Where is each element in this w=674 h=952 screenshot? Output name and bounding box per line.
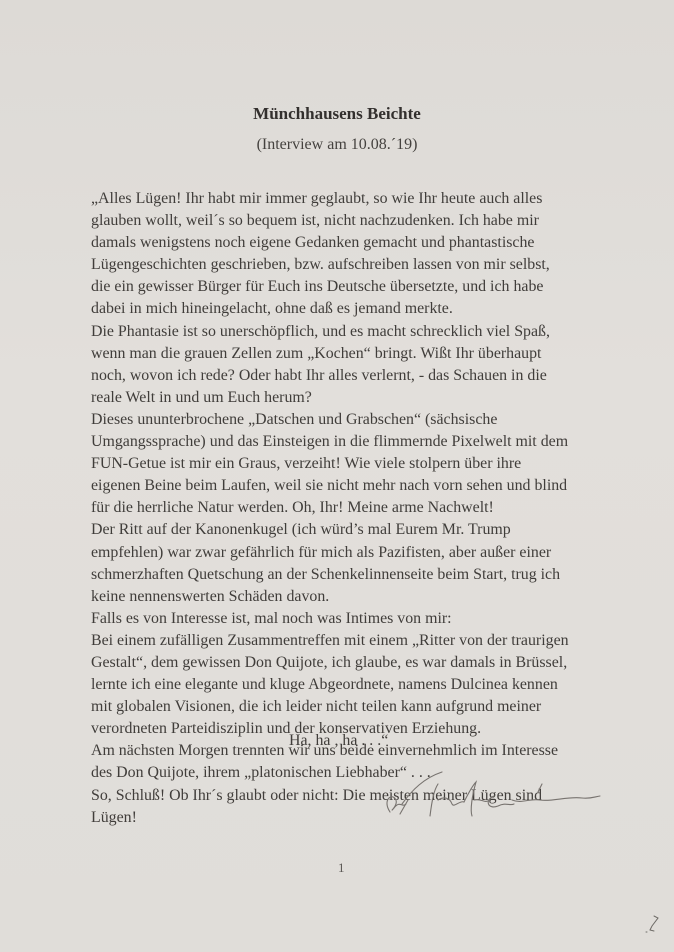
body-line: keine nennenswerten Schäden davon. (91, 586, 651, 608)
document-title: Münchhausens Beichte (0, 104, 674, 124)
body-line: mit globalen Visionen, die ich leider ni… (91, 696, 651, 718)
body-line: „Alles Lügen! Ihr habt mir immer geglaub… (91, 188, 651, 210)
body-line: eigenen Beine beim Laufen, weil sie nich… (91, 475, 651, 497)
body-line: schmerzhaften Quetschung an der Schenkel… (91, 564, 651, 586)
body-line: Bei einem zufälligen Zusammentreffen mit… (91, 630, 651, 652)
body-line: reale Welt in und um Euch herum? (91, 387, 651, 409)
body-line: noch, wovon ich rede? Oder habt Ihr alle… (91, 365, 651, 387)
body-line: dabei in mich hineingelacht, ohne daß es… (91, 298, 651, 320)
pencil-mark-icon (642, 912, 662, 936)
closing-line: Ha, ha , ha . . .“ (289, 732, 388, 750)
body-line: damals wenigstens noch eigene Gedanken g… (91, 232, 651, 254)
body-line: empfehlen) war zwar gefährlich für mich … (91, 542, 651, 564)
body-line: Die Phantasie ist so unerschöpflich, und… (91, 321, 651, 343)
body-line: Dieses ununterbrochene „Datschen und Gra… (91, 409, 651, 431)
page-number: 1 (338, 860, 345, 876)
body-line: Der Ritt auf der Kanonenkugel (ich würd’… (91, 519, 651, 541)
body-line: Gestalt“, dem gewissen Don Quijote, ich … (91, 652, 651, 674)
document-subtitle: (Interview am 10.08.´19) (0, 136, 674, 154)
body-line: lernte ich eine elegante und kluge Abgeo… (91, 674, 651, 696)
body-line: Lügengeschichten geschrieben, bzw. aufsc… (91, 254, 651, 276)
body-line: wenn man die grauen Zellen zum „Kochen“ … (91, 343, 651, 365)
body-line: FUN-Getue ist mir ein Graus, verzeiht! W… (91, 453, 651, 475)
body-line: glauben wollt, weil´s so bequem ist, nic… (91, 210, 651, 232)
body-line: für die herrliche Natur werden. Oh, Ihr!… (91, 497, 651, 519)
handwritten-signature (372, 770, 602, 820)
body-line: Umgangssprache) und das Einsteigen in di… (91, 431, 651, 453)
body-line: die ein gewisser Bürger für Euch ins Deu… (91, 276, 651, 298)
body-line: Falls es von Interesse ist, mal noch was… (91, 608, 651, 630)
